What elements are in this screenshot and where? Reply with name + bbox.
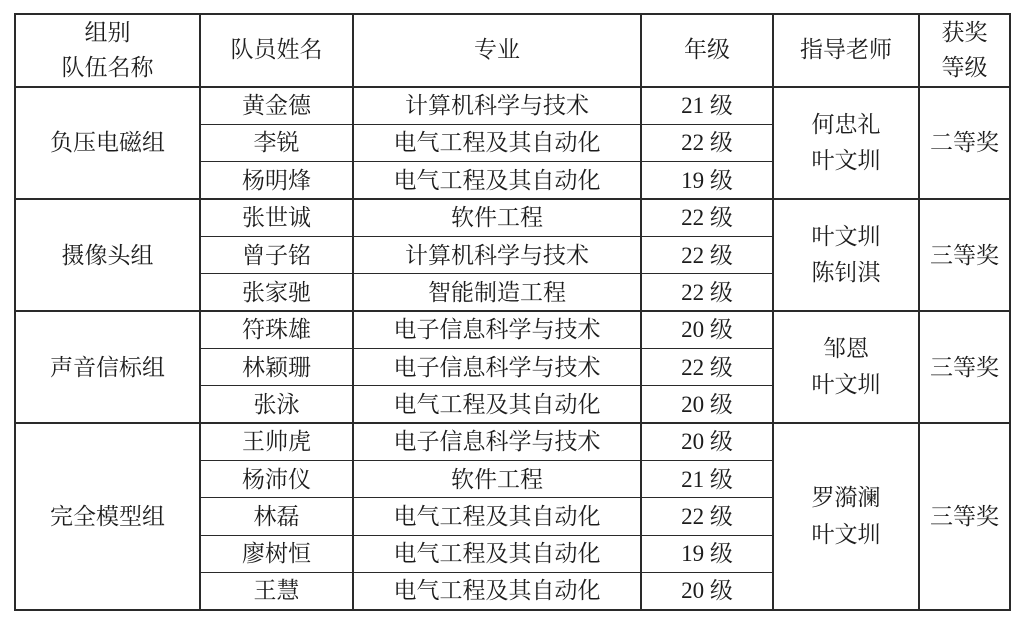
group-name-cell: 声音信标组 xyxy=(15,311,200,423)
grade-cell: 20 级 xyxy=(641,572,773,610)
member-name-cell: 张泳 xyxy=(200,386,353,423)
header-label: 指导老师 xyxy=(774,33,918,68)
member-name-cell: 杨明烽 xyxy=(200,162,353,199)
header-label: 组别 xyxy=(16,16,199,51)
major-cell: 电气工程及其自动化 xyxy=(353,572,641,610)
member-name-cell: 符珠雄 xyxy=(200,311,353,348)
award-cell: 三等奖 xyxy=(919,423,1010,610)
header-label: 等级 xyxy=(920,51,1009,86)
member-name-cell: 王帅虎 xyxy=(200,423,353,460)
award-cell: 三等奖 xyxy=(919,199,1010,311)
table-header-row: 组别队伍名称队员姓名专业年级指导老师获奖等级 xyxy=(15,14,1010,87)
table-row: 声音信标组符珠雄电子信息科学与技术20 级邹恩叶文圳三等奖 xyxy=(15,311,1010,348)
grade-cell: 20 级 xyxy=(641,423,773,460)
advisor-name: 邹恩 xyxy=(774,331,918,367)
award-cell: 二等奖 xyxy=(919,87,1010,199)
major-cell: 电子信息科学与技术 xyxy=(353,348,641,385)
member-name-cell: 林磊 xyxy=(200,498,353,535)
advisor-name: 叶文圳 xyxy=(774,143,918,179)
header-cell-major: 专业 xyxy=(353,14,641,87)
header-cell-group-team-name: 组别队伍名称 xyxy=(15,14,200,87)
member-name-cell: 李锐 xyxy=(200,124,353,161)
header-label: 获奖 xyxy=(920,16,1009,51)
grade-cell: 22 级 xyxy=(641,498,773,535)
advisor-name: 罗漪澜 xyxy=(774,480,918,516)
grade-cell: 22 级 xyxy=(641,199,773,236)
table-body: 负压电磁组黄金德计算机科学与技术21 级何忠礼叶文圳二等奖李锐电气工程及其自动化… xyxy=(15,87,1010,610)
advisors-cell: 何忠礼叶文圳 xyxy=(773,87,919,199)
advisor-name: 叶文圳 xyxy=(774,367,918,403)
major-cell: 电气工程及其自动化 xyxy=(353,535,641,572)
major-cell: 计算机科学与技术 xyxy=(353,87,641,124)
header-cell-advisor: 指导老师 xyxy=(773,14,919,87)
major-cell: 电气工程及其自动化 xyxy=(353,162,641,199)
grade-cell: 19 级 xyxy=(641,162,773,199)
grade-cell: 22 级 xyxy=(641,236,773,273)
table-row: 负压电磁组黄金德计算机科学与技术21 级何忠礼叶文圳二等奖 xyxy=(15,87,1010,124)
major-cell: 电气工程及其自动化 xyxy=(353,386,641,423)
major-cell: 软件工程 xyxy=(353,199,641,236)
advisor-name: 叶文圳 xyxy=(774,517,918,553)
grade-cell: 20 级 xyxy=(641,386,773,423)
table-row: 完全模型组王帅虎电子信息科学与技术20 级罗漪澜叶文圳三等奖 xyxy=(15,423,1010,460)
header-label: 专业 xyxy=(354,33,640,68)
member-name-cell: 张世诚 xyxy=(200,199,353,236)
major-cell: 电子信息科学与技术 xyxy=(353,311,641,348)
header-label: 年级 xyxy=(642,33,772,68)
member-name-cell: 林颖珊 xyxy=(200,348,353,385)
member-name-cell: 杨沛仪 xyxy=(200,460,353,497)
advisor-name: 叶文圳 xyxy=(774,219,918,255)
member-name-cell: 曾子铭 xyxy=(200,236,353,273)
advisor-name: 陈钊淇 xyxy=(774,255,918,291)
advisors-cell: 罗漪澜叶文圳 xyxy=(773,423,919,610)
grade-cell: 22 级 xyxy=(641,348,773,385)
grade-cell: 21 级 xyxy=(641,87,773,124)
major-cell: 计算机科学与技术 xyxy=(353,236,641,273)
advisor-name: 何忠礼 xyxy=(774,107,918,143)
group-name-cell: 负压电磁组 xyxy=(15,87,200,199)
member-name-cell: 廖树恒 xyxy=(200,535,353,572)
member-name-cell: 王慧 xyxy=(200,572,353,610)
header-label: 队伍名称 xyxy=(16,51,199,86)
document-page: 组别队伍名称队员姓名专业年级指导老师获奖等级 负压电磁组黄金德计算机科学与技术2… xyxy=(0,0,1024,627)
advisors-cell: 叶文圳陈钊淇 xyxy=(773,199,919,311)
major-cell: 电子信息科学与技术 xyxy=(353,423,641,460)
major-cell: 电气工程及其自动化 xyxy=(353,124,641,161)
advisors-cell: 邹恩叶文圳 xyxy=(773,311,919,423)
group-name-cell: 完全模型组 xyxy=(15,423,200,610)
header-cell-grade: 年级 xyxy=(641,14,773,87)
major-cell: 电气工程及其自动化 xyxy=(353,498,641,535)
grade-cell: 21 级 xyxy=(641,460,773,497)
table-row: 摄像头组张世诚软件工程22 级叶文圳陈钊淇三等奖 xyxy=(15,199,1010,236)
header-cell-member-name: 队员姓名 xyxy=(200,14,353,87)
member-name-cell: 黄金德 xyxy=(200,87,353,124)
grade-cell: 19 级 xyxy=(641,535,773,572)
award-cell: 三等奖 xyxy=(919,311,1010,423)
grade-cell: 20 级 xyxy=(641,311,773,348)
member-name-cell: 张家驰 xyxy=(200,274,353,311)
header-label: 队员姓名 xyxy=(201,33,352,68)
award-results-table: 组别队伍名称队员姓名专业年级指导老师获奖等级 负压电磁组黄金德计算机科学与技术2… xyxy=(14,13,1011,611)
major-cell: 软件工程 xyxy=(353,460,641,497)
grade-cell: 22 级 xyxy=(641,274,773,311)
group-name-cell: 摄像头组 xyxy=(15,199,200,311)
grade-cell: 22 级 xyxy=(641,124,773,161)
header-cell-award-level: 获奖等级 xyxy=(919,14,1010,87)
major-cell: 智能制造工程 xyxy=(353,274,641,311)
